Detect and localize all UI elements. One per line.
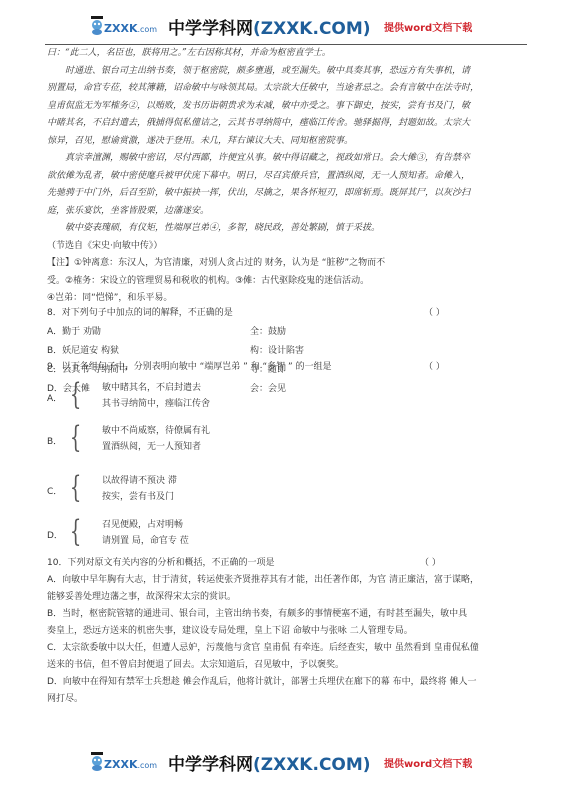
- question-10-stem: 10．下列对原文有关内容的分析和概括，不正确的一项是: [47, 555, 274, 568]
- download-tagline: 提供word文档下载: [384, 19, 472, 34]
- site-logo: ZXXK.com: [88, 16, 158, 38]
- download-tagline: 提供word文档下载: [384, 755, 472, 770]
- q9-option-c-text: 以故得请不预决 滞按实，尝有书及门: [102, 473, 177, 505]
- brace-icon: {: [70, 380, 81, 410]
- question-9-answer-blank[interactable]: （ ）: [424, 359, 445, 372]
- q9-option-b-text: 敏中不尚威察，待僚属有礼置酒纵阅，无一人预知者: [102, 423, 210, 455]
- q10-option-a[interactable]: A．向敏中早年胸有大志，甘于清贫，转运使张齐贤推荐其有才能，出任著作郎，为官 清…: [47, 572, 479, 585]
- q8-option-a[interactable]: A．勤于 劝勖: [47, 324, 101, 337]
- page-header: ZXXK.com 中学学科网(ZXXK.COM) 提供word文档下载: [0, 12, 570, 42]
- logo-wordmark: ZXXK.com: [104, 22, 157, 35]
- q10-option-d[interactable]: D．向敏中在得知有禁军士兵想趁 傩会作乱后，他将计就计，部署士兵埋伏在廊下的幕 …: [47, 674, 477, 687]
- question-8-stem: 8．对下列句子中加点的词的解释，不正确的是: [47, 305, 233, 318]
- q9-option-a-text: 敏中睹其名，不启封遣去其书寻纳简中，瘗临江传舍: [102, 380, 210, 412]
- q8-option-b[interactable]: B．妖尼道安 构狱: [47, 343, 119, 356]
- site-title: 中学学科网(ZXXK.COM): [168, 14, 371, 39]
- passage-line: 时通进、银台司主出纳书奏，领于枢密院，颇多壅遏，或至漏失。敏中具奏其事，恐远方有…: [47, 63, 529, 81]
- passage-line: 欲依傩为乱者，敏中密使麾兵被甲伏庑下幕中。明日，尽召宾僚兵官，置酒纵阅，无一人预…: [47, 168, 529, 186]
- q9-option-c[interactable]: C．: [47, 484, 62, 497]
- q8-option-d-gloss: 会：会见: [250, 381, 286, 394]
- passage-line: 先驰骋于中门外，后召至阶，敏中振袂一挥，伏出，尽擒之，果各怀短刃，即席斩焉。既屏…: [47, 185, 529, 203]
- q10-option-b[interactable]: B．当时，枢密院管辖的通进司、银台司，主管出纳书奏，有颇多的事情梗塞不通，有时甚…: [47, 606, 467, 619]
- q10-option-a-cont: 能够妥善处理边藩之事，故深得宋太宗的赏识。: [47, 589, 236, 602]
- q8-option-a-gloss: 全：鼓励: [250, 324, 286, 337]
- page-footer: ZXXK.com 中学学科网(ZXXK.COM) 提供word文档下载: [0, 748, 570, 778]
- question-8-answer-blank[interactable]: （ ）: [424, 305, 445, 318]
- site-logo: ZXXK.com: [88, 752, 158, 774]
- q10-option-c[interactable]: C．太宗欲委敏中以大任，但遭人忌妒，污蔑他与贪官 皇甫侃 有牵连。后经查实，敏中…: [47, 640, 479, 653]
- q10-option-d-cont: 网打尽。: [47, 691, 83, 704]
- brace-icon: {: [70, 423, 81, 453]
- logo-wordmark: ZXXK.com: [104, 758, 157, 771]
- site-title: 中学学科网(ZXXK.COM): [168, 750, 371, 775]
- brace-icon: {: [70, 517, 81, 547]
- question-9-stem: 9．以下各组句子中，分别表明向敏中 “端厚岂弟 ” 和 “多智 ” 的一组是: [47, 359, 332, 372]
- q9-option-d[interactable]: D．: [47, 528, 63, 541]
- passage-line: 庭，张乐宴饮，坐客皆股栗，边藩遂安。: [47, 203, 529, 221]
- q9-option-b[interactable]: B．: [47, 434, 62, 447]
- passage-line: 曰：“此二人，名臣也，朕将用之。”左右因称其材，并命为枢密直学士。: [47, 45, 529, 63]
- q8-option-b-gloss: 构：设计陷害: [250, 343, 304, 356]
- passage-line: 中睹其名，不启封遣去，俄捕得侃私僮诘之，云其书寻纳简中，瘗临江传舍。驰驿掘得，封…: [47, 115, 529, 133]
- passage-line: 别置局，命官专莅，较其簿籍，诏命敏中与咏领其局。太宗欲大任敏中，当途者忌之。会有…: [47, 80, 529, 98]
- q9-option-d-text: 召见便殿，占对明畅请别置 局，命官专 莅: [102, 517, 189, 549]
- q9-option-a[interactable]: A．: [47, 391, 62, 404]
- passage-source: （节选自《宋史·向敏中传》）: [47, 238, 529, 256]
- passage-line: 真宗幸澶渊，赐敏中密诏，尽付西鄙，许便宜从事。敏中得诏藏之，视政如常日。会大傩③…: [47, 150, 529, 168]
- question-10-answer-blank[interactable]: （ ）: [420, 555, 441, 568]
- note-line: 受。②榷务：宋设立的管理贸易和税收的机构。③傩：古代驱除疫鬼的迷信活动。: [47, 273, 529, 291]
- q10-option-b-cont: 奏皇上，恐远方送来的机密失事，建议设专局处理，皇上下诏 命敏中与张咏 二人管理专…: [47, 623, 413, 636]
- note-line: 【注】①钟离意：东汉人，为官清廉，对别人贪占过的 财务，认为是 “脏秽”之物而不: [47, 255, 529, 273]
- passage-line: 皇甫侃监无为军榷务②，以贿败，发书历诣朝贵求为末减，敏中亦受之。事下御史，按实，…: [47, 98, 529, 116]
- q10-option-c-cont: 送来的书信，但不曾启封便退了回去。太宗知道后，召见敏中，予以褒奖。: [47, 657, 344, 670]
- brace-icon: {: [70, 473, 81, 503]
- passage-line: 惊异，召见，慰谕赏激，遂决于登用。未几，拜右谏议大夫、同知枢密院事。: [47, 133, 529, 151]
- passage-line: 敏中姿表瑰硕，有仪矩，性端厚岂弟④，多智，晓民政，善处繁剧，慎于采拔。: [47, 220, 529, 238]
- passage: 曰：“此二人，名臣也，朕将用之。”左右因称其材，并命为枢密直学士。 时通进、银台…: [47, 45, 529, 308]
